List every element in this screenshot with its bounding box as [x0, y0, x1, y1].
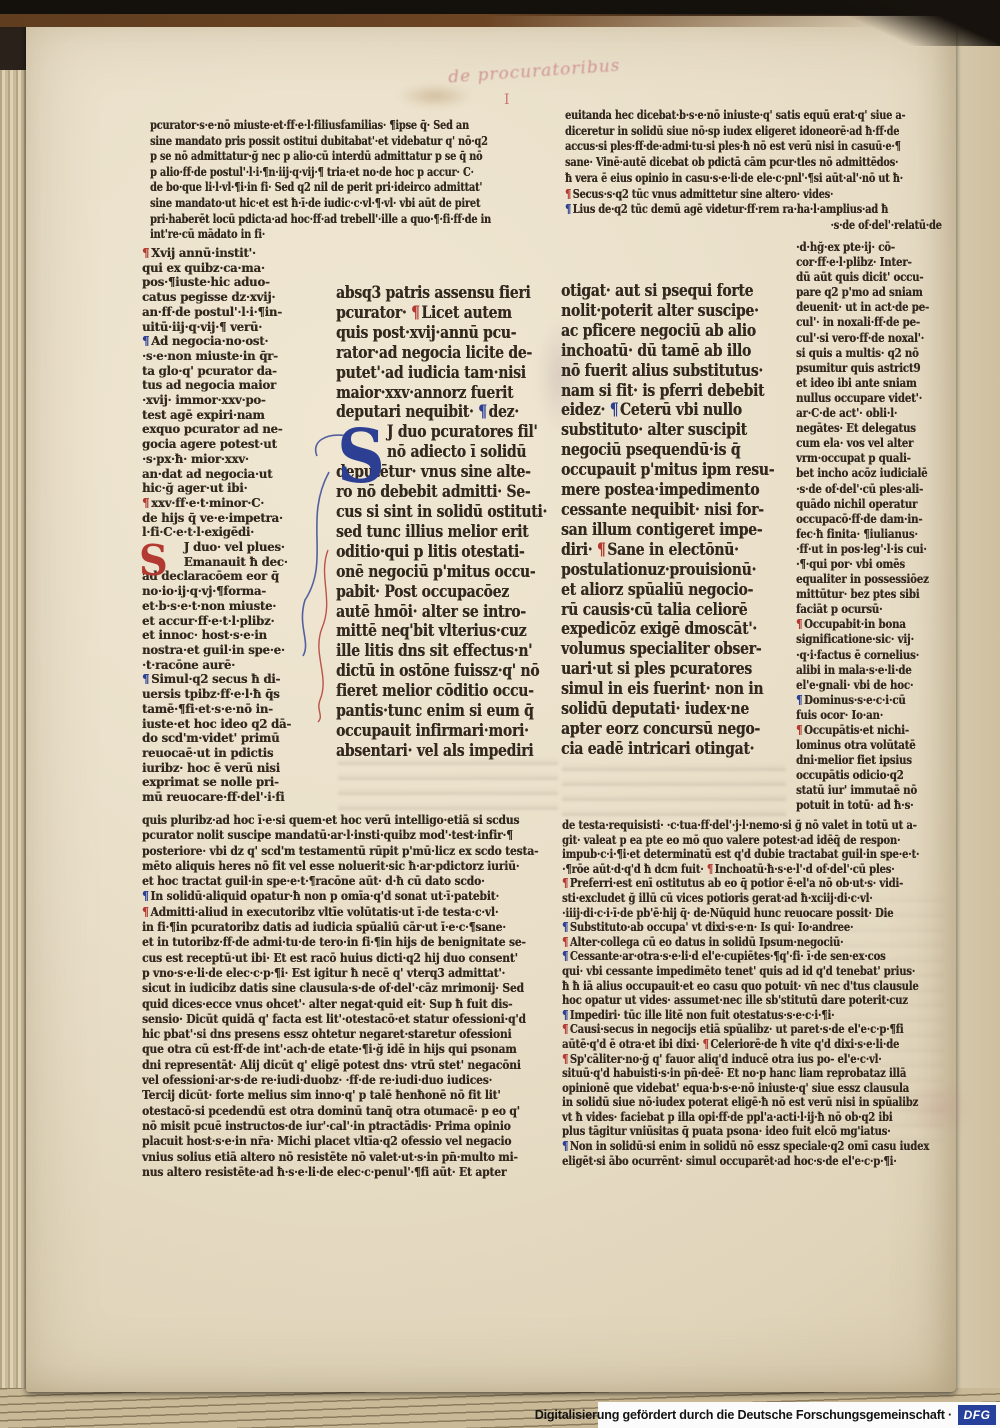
- text-line: cum ela· vos vel alter: [796, 436, 942, 451]
- text-line: de bo·que li·l·vl·¶i·in fi· Sed q2 nil d…: [150, 180, 524, 196]
- blue-paragraph-mark: ¶: [565, 202, 571, 216]
- text-line: postulationuz·prouisionū·: [561, 561, 784, 581]
- text-line: an·dat ad negocia·ut: [142, 467, 332, 482]
- text-line: fec·ħ finita· ¶iulianus·: [796, 527, 942, 542]
- text-line: nam si fit· is pferri debebit: [561, 382, 784, 402]
- blue-paragraph-mark: ¶: [142, 671, 149, 686]
- text-line: vrm·occupat p quali-: [796, 451, 942, 466]
- blue-paragraph-mark: ¶: [562, 1138, 568, 1153]
- text-line: putet'·ad iudicia tam·nisi: [336, 364, 559, 384]
- text-line: Tercij dicūt· forte melius sim inno·q' p…: [142, 1087, 563, 1102]
- text-line: qui ex quibz·ca·ma·: [142, 261, 332, 276]
- text-line: ta glo·q' pcurator da-: [142, 364, 332, 379]
- text-line: potuit in totū· ad ħ·s·: [796, 798, 942, 813]
- text-line: ¶Xvij annū·instit'·: [142, 246, 332, 261]
- text-line: reuocaē·ut in pdictis: [142, 746, 332, 761]
- red-paragraph-mark: ¶: [411, 303, 420, 323]
- text-line: dū aūt quis dicit' occu-: [796, 270, 942, 285]
- text-line: sane· Vinē·autē dicebat ob pdictā cām pc…: [565, 155, 942, 171]
- text-line: et hoc tractat guil·in spe·e·t·¶racōne a…: [142, 873, 563, 888]
- text-line: quis post·xvij·annū pcu-: [336, 324, 559, 344]
- text-line: opinionē que videbat' equa·b·s·e·nō iniu…: [562, 1081, 944, 1096]
- text-line: test agē expiri·nam: [142, 408, 332, 423]
- text-line: occupacō·ff·de dam·in-: [796, 512, 942, 527]
- top-right-text-block: euitanda hec dicebat·b·s·e·nō iniuste·q'…: [565, 108, 942, 234]
- red-paragraph-mark: ¶: [142, 495, 149, 510]
- text-line: ille litis dns sit effectus·n': [336, 642, 559, 662]
- text-line: pcurator·s·e·nō miuste·et·ff·e·l·filiusf…: [150, 118, 524, 134]
- text-line: negociū psequendū·is q̄: [561, 441, 784, 461]
- text-line: ¶Sp'cāliter·no·ğ q' fauor aliq'd inducē …: [562, 1052, 944, 1067]
- text-line: no·io·ij·q·vj·¶forma-: [142, 584, 332, 599]
- text-line: gocia agere potest·ut: [142, 437, 332, 452]
- text-line: alibi in mala·s·e·li·de: [796, 663, 942, 678]
- text-line: mittē neq'bit vlterius·cuz: [336, 622, 559, 642]
- text-line: si quis a multis· q2 nō: [796, 346, 942, 361]
- text-line: exprimat se nolle pri-: [142, 775, 332, 790]
- text-line: negātes· Et delegatus: [796, 421, 942, 436]
- text-line: sed tunc illius melior erit: [336, 523, 559, 543]
- text-line: posteriore· vbi dz q' scd'm testamentū r…: [142, 843, 563, 858]
- rubric-initial-blue-s: S: [337, 420, 385, 494]
- text-line: pri·haberēt locū pdicta·ad hoc·ff·ad tre…: [150, 212, 524, 228]
- blue-paragraph-mark: ¶: [796, 693, 802, 707]
- text-line: hoc opatur ut vides· assumet·nec ille sb…: [562, 993, 944, 1008]
- text-line: substituto· alter suscipit: [561, 421, 784, 441]
- text-line: autē hmōi· alter se intro-: [336, 603, 559, 623]
- text-line: in solidū siue nō·iudex poterat eligē·ħ …: [562, 1095, 944, 1110]
- text-line: faciāt p ocursū·: [796, 602, 942, 617]
- text-line: nō fuerit alius substitutus·: [561, 362, 784, 382]
- text-line: ac pficere negociū ab alio: [561, 322, 784, 342]
- text-line: mēto aliquis heres nō fit vel esse nolue…: [142, 858, 563, 873]
- text-line: l·fi·C·e·t·l·exigēdi·: [142, 525, 332, 540]
- red-paragraph-mark: ¶: [796, 617, 802, 631]
- text-line: cessante nequibit· nisi for-: [561, 501, 784, 521]
- text-line: quādo nichil operatur: [796, 497, 942, 512]
- text-line: accus·si ples·ff·de·admi·tu·si ples·ħ nō…: [565, 139, 942, 155]
- text-line: ¶Cessante·ar·otra·s·e·li·d el'e·cupiētes…: [562, 949, 944, 964]
- text-line: in fi·¶in pcuratoribz datis ad iudicia s…: [142, 919, 563, 934]
- text-line: occupauit infirmari·mori·: [336, 722, 559, 742]
- text-line: ·iiij·di·c·i·ī·de pb'ē·hij q̄· de·Nūquid…: [562, 906, 944, 921]
- text-line: pantis·tunc enim si eum q̄: [336, 702, 559, 722]
- text-line: cus si sint in solidū ostituti·: [336, 503, 559, 523]
- text-line: uari·ut si ples pcuratores: [561, 660, 784, 680]
- backing-leaf-right: [950, 12, 1000, 1402]
- text-line: eligēt·si ābo ocurrēnt· simul occuparēt·…: [562, 1154, 944, 1169]
- text-line: maior·xxv·annorz fuerit: [336, 384, 559, 404]
- dfg-banner-text: Digitalisierung gefördert durch die Deut…: [535, 1408, 952, 1422]
- text-line: sti·excludet ğ illū cū vices potioris ge…: [562, 891, 944, 906]
- red-paragraph-mark: ¶: [796, 723, 802, 737]
- text-line: statū iur' immutaē nō: [796, 783, 942, 798]
- book-cover-edge: [0, 14, 880, 27]
- text-line: an·ff·de postul'·l·i·¶in-: [142, 305, 332, 320]
- text-line: sine mandato pris possit ostitui dubitab…: [150, 134, 524, 150]
- text-line: cul'·si vero·ff·de noxal'·: [796, 331, 942, 346]
- text-line: do scd'm·videt' primū: [142, 731, 332, 746]
- red-paragraph-mark: ¶: [562, 875, 568, 890]
- text-line: fuis ocor· Io·an·: [796, 708, 942, 723]
- text-line: pcurator· ¶Licet autem: [336, 304, 559, 324]
- text-line: cul'· in noxali·ff·de pe-: [796, 315, 942, 330]
- red-paragraph-mark: ¶: [562, 1021, 568, 1036]
- text-line: nus altero resistēte·ad ħ·s·e·li·de elec…: [142, 1164, 563, 1179]
- text-line: ¶Simul·q2 secus ħ di-: [142, 672, 332, 687]
- dfg-logo: DFG: [958, 1405, 996, 1425]
- text-line: euitanda hec dicebat·b·s·e·nō iniuste·q'…: [565, 108, 942, 124]
- page-numeral: I: [504, 92, 510, 108]
- text-line: ¶Dominus·s·e·c·i·cū: [796, 693, 942, 708]
- text-line: otigat· aut si psequi forte: [561, 282, 784, 302]
- page-stack-edge-left: [0, 70, 26, 1400]
- text-line: nullus occupare videt'·: [796, 391, 942, 406]
- text-line: que otra cū est·ff·de int'·ach·de etate·…: [142, 1041, 563, 1056]
- blue-paragraph-mark: ¶: [142, 888, 149, 903]
- text-line: impub·c·i·¶i·et determinatū est q'd dubi…: [562, 847, 944, 862]
- text-line: ¶xxv·ff·e·t·minor·C·: [142, 496, 332, 511]
- red-paragraph-mark: ¶: [565, 187, 571, 201]
- text-line: sine mandato·ut hic·et est ħ·ī·de iudic·…: [150, 196, 524, 212]
- blue-paragraph-mark: ¶: [142, 333, 149, 348]
- text-line: catus pegisse dz·xvij·: [142, 290, 332, 305]
- text-line: lominus otra volūtatē: [796, 738, 942, 753]
- text-line: deuenit· ut in act·de pe-: [796, 300, 942, 315]
- text-line: san illum contigeret impe-: [561, 521, 784, 541]
- text-line: simul in eis fuerint· non in: [561, 680, 784, 700]
- text-line: uersis tpibz·ff·e·l·ħ q̄s: [142, 687, 332, 702]
- dfg-banner: Digitalisierung gefördert durch die Deut…: [598, 1402, 1000, 1428]
- text-line: quid dices·ecce vnus ohcet'· alter negat…: [142, 996, 563, 1011]
- text-line: onē negociū p'mitus occu-: [336, 563, 559, 583]
- text-line: Emanauit ħ dec·: [142, 555, 332, 570]
- text-line: ¶Ad negocia·no·ost·: [142, 334, 332, 349]
- text-line: rator·ad negocia licite de-: [336, 344, 559, 364]
- red-paragraph-mark: ¶: [562, 934, 568, 949]
- text-line: mere postea·impedimento: [561, 481, 784, 501]
- text-line: eidez· ¶Ceterū vbi nullo: [561, 401, 784, 421]
- text-line: vnius solius etiā altero nō resistēte nō…: [142, 1149, 563, 1164]
- text-line: situū·q'd habuisti·s·in pn̄·deē· Et no·p…: [562, 1066, 944, 1081]
- text-line: pcurator nolit suscipe mandatū·ar·l·inst…: [142, 827, 563, 842]
- text-line: ¶Secus·s·q2 tūc vnus admittetur sine alt…: [565, 187, 942, 203]
- text-line: ¶Preferri·est enī ostitutus ab eo q̄ pot…: [562, 876, 944, 891]
- text-line: placuit host·s·e·in nr̄a· Michi placet v…: [142, 1133, 563, 1148]
- digitized-manuscript-photo: de procuratoribus I pcurator·s·e·nō mius…: [0, 0, 1000, 1428]
- text-line: J duo· vel plues·: [142, 540, 332, 555]
- text-line: ·ff·ut in pos·leg'·l·is cui·: [796, 542, 942, 557]
- text-line: hic pbat'·si dns presens essz ohtetur ne…: [142, 1026, 563, 1041]
- text-line: occupātis odicio·q2: [796, 768, 942, 783]
- text-line: tamē·¶fi·et·s·e·nō in-: [142, 702, 332, 717]
- blue-paragraph-mark: ¶: [478, 402, 487, 422]
- text-line: iuste·et hoc ideo q2 dā-: [142, 717, 332, 732]
- text-line: quis pluribz·ad hoc ī·e·si quem·et hoc v…: [142, 812, 563, 827]
- text-line: pare q2 p'mo ad sniam: [796, 285, 942, 300]
- text-line: diri· ¶Sane in electōnū·: [561, 541, 784, 561]
- text-line: absentari· vel als impediri: [336, 742, 559, 762]
- corner-shade-top-right: [830, 0, 1000, 46]
- text-line: p alio·ff·de postul'·l·i·¶n·iij·q·vij·¶ …: [150, 165, 524, 181]
- text-line: ·d·hğ·ex pte·ij· cō-: [796, 240, 942, 255]
- text-line: ar·C·de act'· obli·l·: [796, 406, 942, 421]
- text-line: volumus specialiter obser-: [561, 640, 784, 660]
- text-line: plus tāgitur vniūsitas q̄ puata psona· i…: [562, 1124, 944, 1139]
- text-line: nolit·poterit alter suscipe·: [561, 302, 784, 322]
- red-paragraph-mark: ¶: [142, 904, 149, 919]
- text-line: ¶Occupātis·et nichi-: [796, 723, 942, 738]
- text-line: ·¶·qui por· vbi omēs: [796, 557, 942, 572]
- text-line: cor·ff·e·l·plibz· Inter-: [796, 255, 942, 270]
- text-line: git· valeat p ea pte eo mō quo valere po…: [562, 833, 944, 848]
- main-text-column-1: absq3 patris assensu fieripcurator· ¶Lic…: [336, 284, 559, 762]
- red-paragraph-mark: ¶: [703, 1036, 709, 1051]
- text-line: cia eadē intricari otingat·: [561, 740, 784, 760]
- red-paragraph-mark: ¶: [707, 861, 713, 876]
- text-line: ·s·px·ħ· mior·xxv·: [142, 452, 332, 467]
- text-line: ¶Occupabit·in bona: [796, 617, 942, 632]
- text-line: occupauit p'mitus ipm resu-: [561, 461, 784, 481]
- text-line: p se nō admittatur·ğ nec p alio·cū inter…: [150, 149, 524, 165]
- text-line: vel ofessioni·ar·s·de re·iudi·duobz· ·ff…: [142, 1072, 563, 1087]
- text-line: et·b·s·e·t·non miuste·: [142, 599, 332, 614]
- text-line: solidū deputati· iudex·ne: [561, 700, 784, 720]
- text-line: ¶Lius de·q2 tūc demū agē videtur·ff·rem …: [565, 202, 942, 218]
- text-line: et in tutoribz·ff·de admi·tu·de tero·in …: [142, 934, 563, 949]
- main-text-column-2: otigat· aut si psequi fortenolit·poterit…: [561, 282, 784, 760]
- text-line: ¶Impediri· tūc ille litē non fuit otesta…: [562, 1008, 944, 1023]
- text-line: psumitur quis astrict9: [796, 361, 942, 376]
- text-line: ·s·e·non miuste·in q̄r-: [142, 349, 332, 364]
- red-paragraph-mark: ¶: [142, 245, 149, 260]
- text-line: el'e·gnali· vbi de hoc·: [796, 678, 942, 693]
- text-line: ¶In solidū·aliquid opatur·ħ non p omīa·q…: [142, 888, 563, 903]
- text-line: ·xvij· immor·xxv·po-: [142, 393, 332, 408]
- text-line: otestacō·si pcedendū est otra dominū tan…: [142, 1103, 563, 1118]
- text-line: nō misit pcuē instructos·de iur'·cal'·in…: [142, 1118, 563, 1133]
- text-line: ·¶rōe aūt·d·q'd ħ dcm fuit· ¶Inchoatū·ħ·…: [562, 862, 944, 877]
- text-line: exquo pcurator ad ne-: [142, 422, 332, 437]
- text-line: dictū in ostōne fuissz·q' nō: [336, 662, 559, 682]
- text-line: diceretur in solidū siue nō·sp iudex eli…: [565, 124, 942, 140]
- text-line: cus est receptū·ut ibi· Et est racō huiu…: [142, 950, 563, 965]
- bottom-left-text-block: quis pluribz·ad hoc ī·e·si quem·et hoc v…: [142, 812, 563, 1179]
- bottom-right-text-block: de testa·requisisti· ·c·tua·ff·del'·j·l·…: [562, 818, 944, 1168]
- blue-paragraph-mark: ¶: [562, 948, 568, 963]
- text-line: ·q·i·factus ē cornelius·: [796, 648, 942, 663]
- text-line: et innoc· host·s·e·in: [142, 628, 332, 643]
- text-line: expedicōz exigē dmoscāt'·: [561, 620, 784, 640]
- text-line: ¶Admitti·aliud in executoribz vltīe volū…: [142, 904, 563, 919]
- text-line: p vno·s·e·li·de elec·c·p·¶i· Est igitur …: [142, 965, 563, 980]
- blue-paragraph-mark: ¶: [562, 1007, 568, 1022]
- text-line: ¶Substituto·ab occupa' vt dixi·s·e·n· Is…: [562, 920, 944, 935]
- text-line: vt ħ vides· faciebat p illa opi·ff·de pp…: [562, 1110, 944, 1125]
- text-line: de hijs q̄ ve·e·impetra·: [142, 511, 332, 526]
- blue-paragraph-mark: ¶: [610, 400, 619, 420]
- text-line: et accur·ff·e·t·l·plibz·: [142, 614, 332, 629]
- text-line: rū causis·cū talia celiorē: [561, 601, 784, 621]
- text-line: ad declaracōem eor q̄: [142, 569, 332, 584]
- text-line: absq3 patris assensu fieri: [336, 284, 559, 304]
- right-margin-gloss-column: ·d·hğ·ex pte·ij· cō-cor·ff·e·l·plibz· In…: [796, 240, 942, 814]
- left-margin-gloss-column: ¶Xvij annū·instit'·qui ex quibz·ca·ma·po…: [142, 246, 332, 805]
- text-line: pabit· Post occupacōez: [336, 583, 559, 603]
- text-line: ħ vera ē eius opinio in casu·s·e·li·de e…: [565, 171, 942, 187]
- text-line: equaliter in possessiōez: [796, 572, 942, 587]
- top-left-text-block: pcurator·s·e·nō miuste·et·ff·e·l·filiusf…: [150, 118, 524, 243]
- text-line: mū reuocare·ff·del'·i·fi: [142, 790, 332, 805]
- text-line: iuribz· hoc ē verū nisi: [142, 761, 332, 776]
- text-line: bet incho acōz iudicialē: [796, 466, 942, 481]
- rubric-initial-red-s: S: [139, 540, 168, 582]
- red-paragraph-mark: ¶: [562, 1051, 568, 1066]
- text-line: ·s·de of·del'·relatū·de: [565, 218, 942, 234]
- text-line: apter eorz concursū nego-: [561, 720, 784, 740]
- text-line: ¶Causi·secus in negocijs etiā spūalibz· …: [562, 1022, 944, 1037]
- text-line: significatione·sic· vij·: [796, 632, 942, 647]
- text-line: qui· vbi cessante impedimēto tenet' quis…: [562, 964, 944, 979]
- text-line: de testa·requisisti· ·c·tua·ff·del'·j·l·…: [562, 818, 944, 833]
- text-line: uitū·iij·q·vij·¶ verū·: [142, 320, 332, 335]
- text-line: oditio·qui p litis otestati-: [336, 543, 559, 563]
- text-line: dni·melior fiet ipsius: [796, 753, 942, 768]
- text-line: ¶Alter·collega cū eo datus in solidū Ips…: [562, 935, 944, 950]
- text-line: nostra·et guil·in spe·e·: [142, 643, 332, 658]
- text-line: inchoatū· dū tamē ab illo: [561, 342, 784, 362]
- text-line: pos·¶iuste·hic aduo-: [142, 275, 332, 290]
- text-line: ·s·de of·del'·cū ples·ali-: [796, 482, 942, 497]
- text-line: tus ad negocia maior: [142, 378, 332, 393]
- red-paragraph-mark: ¶: [597, 540, 606, 560]
- text-line: sicut in iudicibz datis sine clausula·s·…: [142, 980, 563, 995]
- text-line: dni representāt· Alij dicūt q' eligē pot…: [142, 1057, 563, 1072]
- text-line: int're·cū mādato in fi·: [150, 227, 524, 243]
- text-line: ħ ħ iā alius occupauit·et eo casu quo po…: [562, 979, 944, 994]
- text-line: fieret melior cōditio occu-: [336, 682, 559, 702]
- text-line: sensio· Dicūt quidā q' facta est lit'·ot…: [142, 1011, 563, 1026]
- text-line: et ideo ibi ante sniam: [796, 376, 942, 391]
- text-line: hic·ğ ager·ut ibi·: [142, 481, 332, 496]
- text-line: et aliorz spūaliū negocio-: [561, 581, 784, 601]
- text-line: aūtē·q'd ē otra·et ibi dixi· ¶Celeriorē·…: [562, 1037, 944, 1052]
- text-line: ·t·racōne aurē·: [142, 658, 332, 673]
- blue-paragraph-mark: ¶: [562, 919, 568, 934]
- text-line: ¶Non in solidū·si enim in solidū nō essz…: [562, 1139, 944, 1154]
- text-line: mittūtur· bez ptes sibi: [796, 587, 942, 602]
